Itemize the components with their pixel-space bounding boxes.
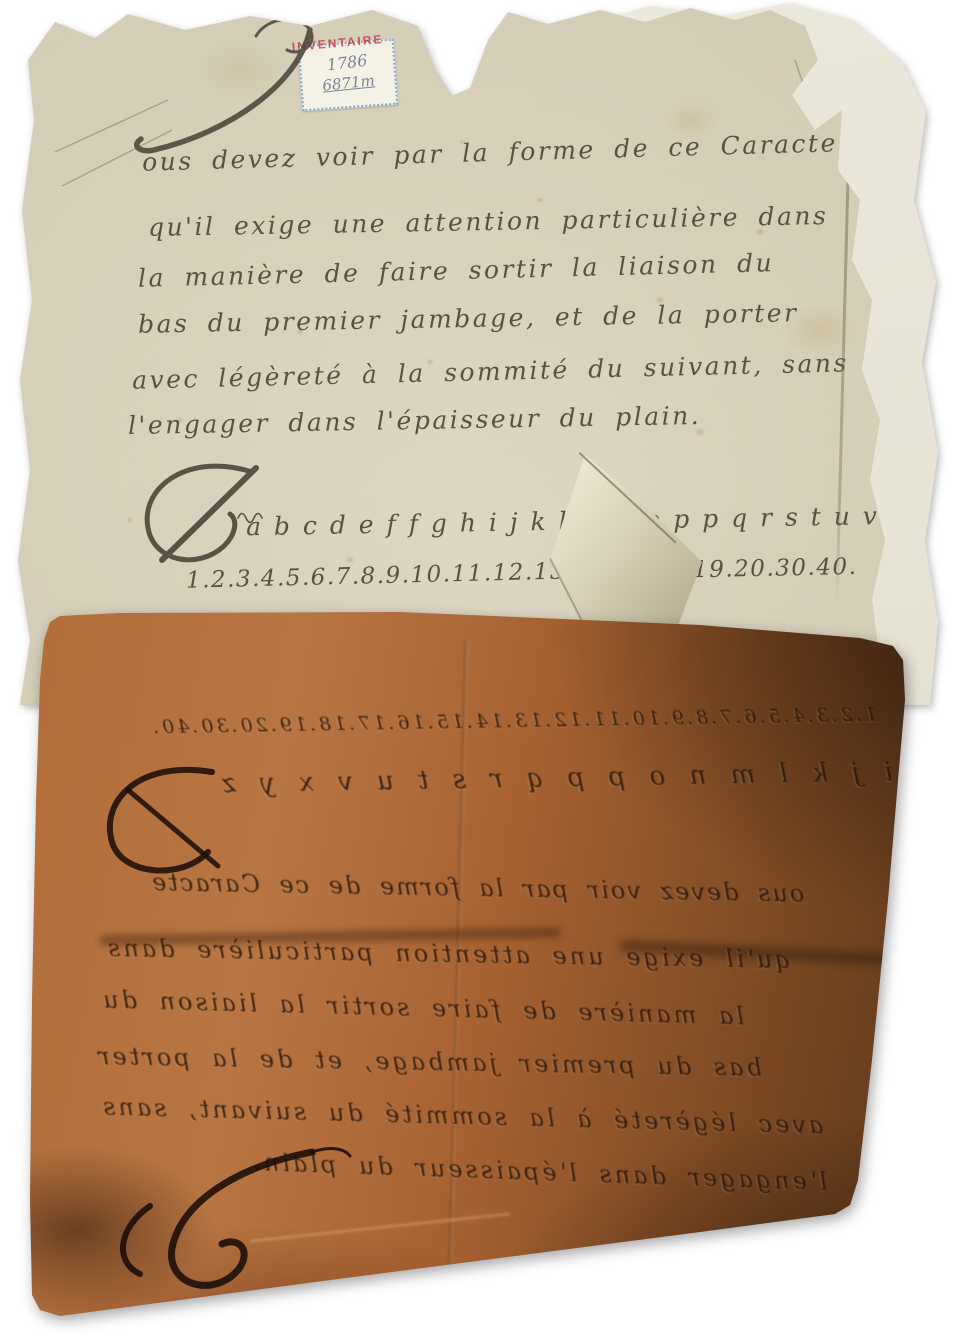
copper-plate: 1.2.3.4.5.6.7.8.9.10.11.12.13.14.15.16.1… (0, 0, 960, 1337)
mirrored-a-flourish-ornament (110, 770, 218, 871)
engraved-line: l'engager dans l'épaisseur du plain. (250, 1148, 828, 1196)
engraved-line: qu'il exige une attention particulière d… (105, 934, 791, 974)
plate-scratch-glint (251, 1212, 510, 1242)
copper-plate-wrap: 1.2.3.4.5.6.7.8.9.10.11.12.13.14.15.16.1… (0, 0, 960, 1337)
engraved-line: avec légèreté à la sommité du suivant, s… (100, 1093, 824, 1140)
photo-canvas: INVENTAIRE 1786 6871m ous devez voir par… (0, 0, 960, 1337)
engraved-line: bas du premier jambage, et de la porter (95, 1042, 762, 1082)
engraved-numbers-row: 1.2.3.4.5.6.7.8.9.10.11.12.13.14.15.16.1… (150, 704, 877, 739)
engraved-alphabet-row: a a b c d e f f g h i j k l m n o p p q … (215, 751, 960, 800)
engraved-line: ous devez voir par la forme de ce Caract… (150, 868, 805, 907)
engraved-line: la manière de faire sortir la liaison du (100, 986, 744, 1031)
